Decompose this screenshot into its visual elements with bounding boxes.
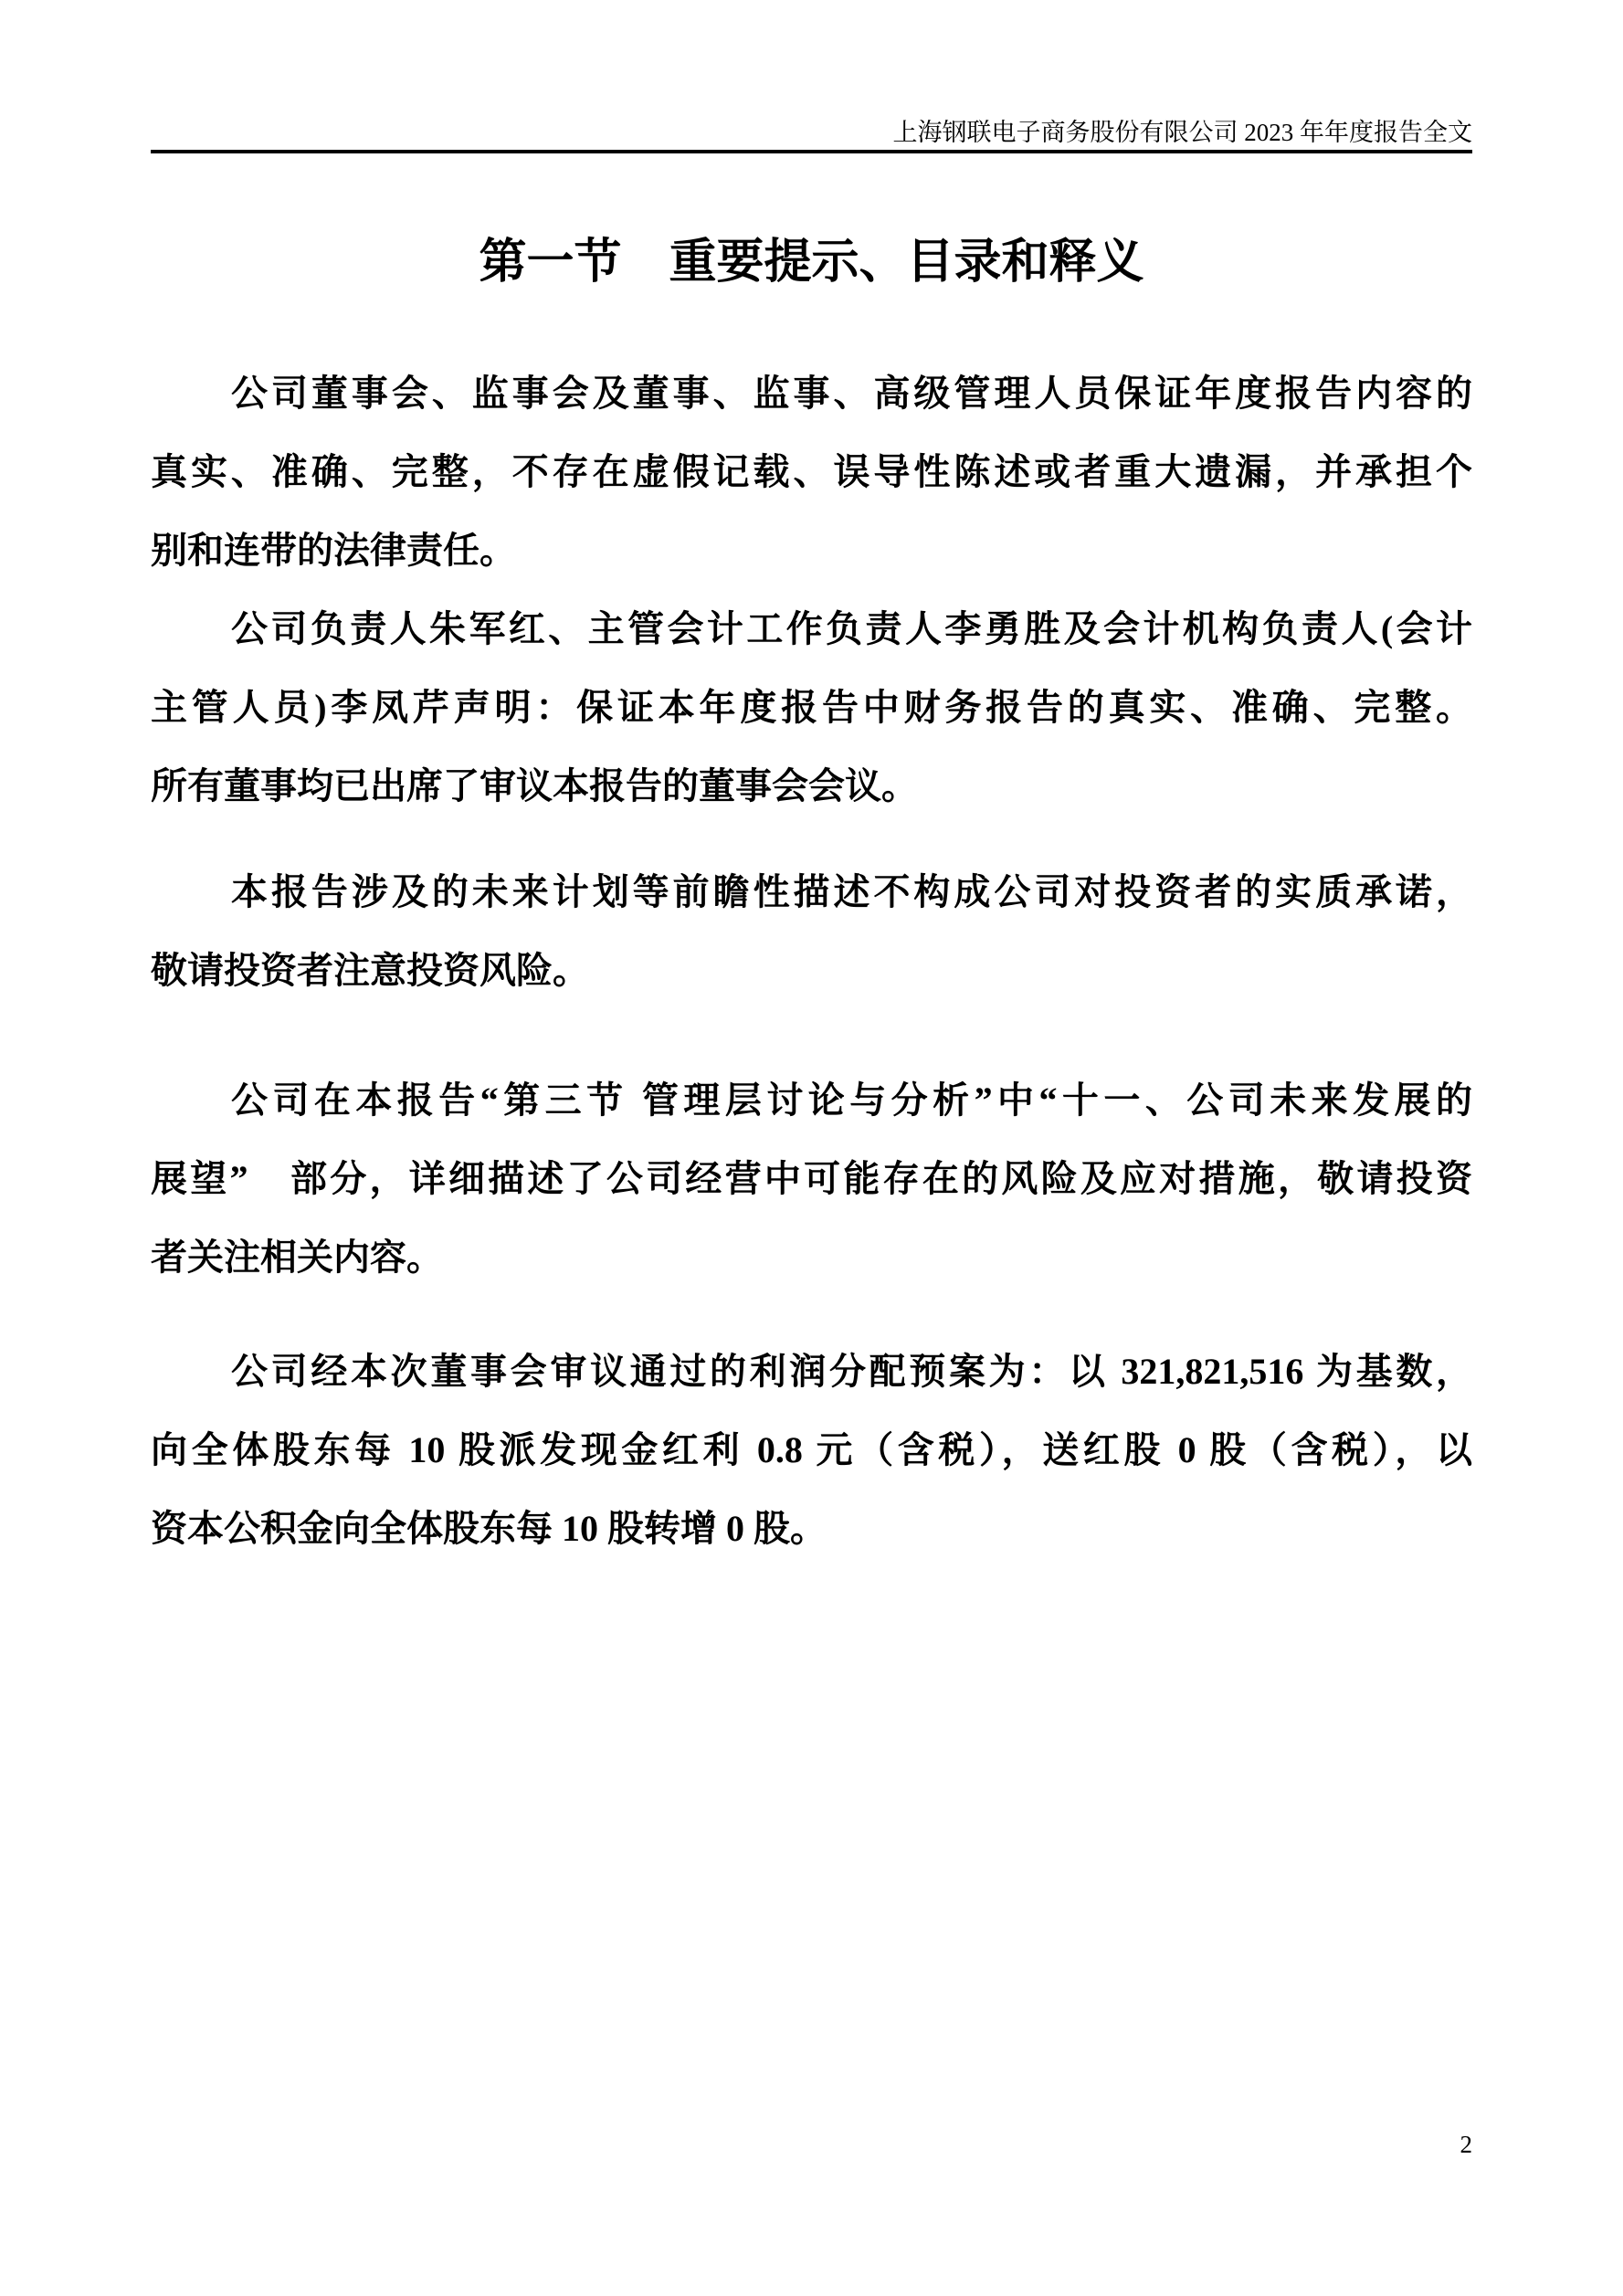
page-header: 上海钢联电子商务股份有限公司 2023 年年度报告全文: [151, 119, 1472, 146]
text-line: 本报告涉及的未来计划等前瞻性描述不构成公司对投资者的实质承诺，: [151, 853, 1472, 932]
paragraph: 公司经本次董事会审议通过的利润分配预案为：以 321,821,516 为基数，向…: [151, 1332, 1472, 1568]
paragraph: 本报告涉及的未来计划等前瞻性描述不构成公司对投资者的实质承诺，敬请投资者注意投资…: [151, 853, 1472, 1010]
text-line: 所有董事均已出席了审议本报告的董事会会议。: [151, 747, 1472, 826]
section-title: 第一节 重要提示、目录和释义: [151, 234, 1472, 292]
text-line: 真实、准确、完整，不存在虚假记载、误导性陈述或者重大遗漏，并承担个: [151, 433, 1472, 511]
page-number: 2: [1460, 2131, 1473, 2158]
paragraph: 公司董事会、监事会及董事、监事、高级管理人员保证年度报告内容的真实、准确、完整，…: [151, 354, 1472, 590]
header-title: 上海钢联电子商务股份有限公司 2023 年年度报告全文: [893, 119, 1473, 146]
page: 上海钢联电子商务股份有限公司 2023 年年度报告全文 第一节 重要提示、目录和…: [0, 0, 1623, 2296]
header-rule: [151, 150, 1472, 153]
text-line: 向全体股东每 10 股派发现金红利 0.8 元（含税），送红股 0 股（含税），…: [151, 1411, 1472, 1490]
text-line: 主管人员)李凤芹声明：保证本年度报告中财务报告的真实、准确、完整。: [151, 669, 1472, 747]
text-line: 展望” 部分，详细描述了公司经营中可能存在的风险及应对措施，敬请投资: [151, 1140, 1472, 1218]
text-line: 资本公积金向全体股东每 10 股转增 0 股。: [151, 1490, 1472, 1568]
text-line: 别和连带的法律责任。: [151, 511, 1472, 590]
text-line: 公司负责人朱军红、主管会计工作负责人李勇胜及会计机构负责人(会计: [151, 590, 1472, 669]
document-body: 公司董事会、监事会及董事、监事、高级管理人员保证年度报告内容的真实、准确、完整，…: [151, 354, 1472, 1568]
text-line: 者关注相关内容。: [151, 1218, 1472, 1297]
paragraph: 公司在本报告“第三节 管理层讨论与分析”中“十一、公司未来发展的展望” 部分，详…: [151, 1061, 1472, 1297]
text-line: 敬请投资者注意投资风险。: [151, 932, 1472, 1010]
text-line: 公司董事会、监事会及董事、监事、高级管理人员保证年度报告内容的: [151, 354, 1472, 433]
text-line: 公司经本次董事会审议通过的利润分配预案为：以 321,821,516 为基数，: [151, 1332, 1472, 1411]
text-line: 公司在本报告“第三节 管理层讨论与分析”中“十一、公司未来发展的: [151, 1061, 1472, 1140]
paragraph: 公司负责人朱军红、主管会计工作负责人李勇胜及会计机构负责人(会计主管人员)李凤芹…: [151, 590, 1472, 826]
